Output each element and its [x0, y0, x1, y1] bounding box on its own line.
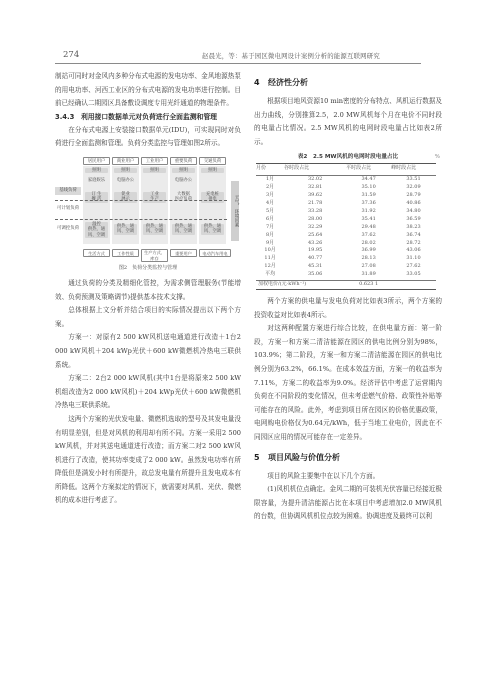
paragraph: 制站可同时对金风内多种分布式电源的发电功率、金风地源热泵的用电功率、河西工业区的… — [55, 70, 241, 111]
figure-bottom-label: 重要用户 — [170, 249, 197, 257]
section-heading-4: 4经济性分析 — [254, 76, 442, 90]
section-heading-3-4-3: 3.4.3利用接口数据单元对负荷进行全面监测和管理 — [55, 111, 241, 124]
cell: 5月 — [256, 208, 284, 216]
figure-row-label: 基线负荷 — [55, 187, 81, 195]
figure-bottom-label: 电动汽车用电 — [199, 249, 231, 257]
cell: 37.62 — [346, 232, 391, 240]
figure-divider — [55, 219, 227, 220]
cell: 21.78 — [284, 200, 346, 208]
section-number: 3.4.3 — [55, 111, 81, 124]
cell: 35.06 — [284, 271, 346, 280]
figure-side-label: 天气、环境因素 — [231, 181, 239, 241]
cell: 28.00 — [284, 216, 346, 224]
table-row-average: 平均35.0631.8933.05 — [256, 271, 436, 280]
weighted-price-label: 加权电价/(元·kWh⁻¹) — [256, 281, 346, 290]
figure-cell: 照明 — [172, 168, 195, 174]
table-row: 3月39.6231.5928.79 — [256, 192, 436, 200]
cell: 40.86 — [391, 200, 436, 208]
paragraph: 项目的风险主要集中在以下几个方面。 — [254, 470, 442, 484]
page-number: 274 — [63, 50, 79, 60]
table-row: 2月32.8135.1032.09 — [256, 184, 436, 192]
cell: 2月 — [256, 184, 284, 192]
cell: 37.36 — [346, 200, 391, 208]
table-row: 7月32.2929.4838.23 — [256, 224, 436, 232]
table-header-row: 月份 谷时段占比 平时段占比 峰时段占比 — [256, 164, 436, 176]
cell: 3月 — [256, 192, 284, 200]
cell: 32.29 — [284, 224, 346, 232]
cell: 32.02 — [284, 176, 346, 184]
cell: 28.13 — [346, 255, 391, 263]
table-row: 5月33.2831.9234.80 — [256, 208, 436, 216]
figure-column: 照明 充电桩 供电 供热、通 风、空调 — [199, 166, 226, 244]
figure-cell: 供热、通 风、空调 — [201, 224, 224, 235]
figure-top-label: 商业用户 — [112, 157, 139, 165]
cell: 31.59 — [346, 192, 391, 200]
figure-cell: 电脑办公 — [172, 178, 195, 184]
figure-cell: 供热、通 风、空调 — [114, 224, 137, 235]
paragraph: (1)风机机位点确定。金风二期的可装机光伏容量已经接近极限容量，为提升清洁能源占… — [254, 483, 442, 524]
cell: 28.79 — [391, 192, 436, 200]
section-title: 利用接口数据单元对负荷进行全面监测和管理 — [81, 113, 217, 121]
figure-bottom-label: 生产方式、库存 — [141, 249, 168, 262]
cell: 31.92 — [346, 208, 391, 216]
figure-bottom-label: 工作性质 — [112, 249, 139, 257]
cell — [391, 281, 436, 290]
column-header: 月份 — [256, 164, 284, 176]
cell: 36.59 — [391, 216, 436, 224]
paragraph: 根据项目地风资源10 min密度的分布特点、风机运行数据及出力曲线，分别推算2.… — [254, 95, 442, 149]
figure-top-label: 交通负荷 — [199, 157, 226, 165]
figure-caption: 图2 负荷分类监控与管理 — [55, 265, 241, 271]
figure-cell: 供热、通 风、空调 — [172, 224, 195, 235]
cell: 39.62 — [284, 192, 346, 200]
figure-cell: 促业 展示 — [114, 192, 137, 203]
table-row-weighted-price: 加权电价/(元·kWh⁻¹) 0.623 1 — [256, 281, 436, 290]
table-row: 9月43.2628.0228.72 — [256, 240, 436, 248]
figure-cell: 供热、通 风、空调 — [143, 224, 166, 235]
figure-column: 照明 工业 生产 供热、通 风、空调 — [141, 166, 168, 244]
cell: 29.48 — [346, 224, 391, 232]
section-title: 项目风险与价值分析 — [268, 453, 340, 462]
cell: 35.10 — [346, 184, 391, 192]
table-row: 12月45.3127.0827.62 — [256, 263, 436, 271]
cell: 45.31 — [284, 263, 346, 271]
section-heading-5: 5项目风险与价值分析 — [254, 451, 442, 465]
cell: 31.10 — [391, 255, 436, 263]
section-number: 5 — [254, 451, 268, 465]
figure-cell: 照明 — [201, 168, 224, 174]
figure-cell: 家庭娱乐 — [85, 178, 108, 184]
column-header: 平时段占比 — [346, 164, 391, 176]
paragraph: 两个方案的供电量与发电负荷对比如表3所示，两个方案的投资收益对比如表4所示。 — [254, 295, 442, 322]
right-column: 4经济性分析 根据项目地风资源10 min密度的分布特点、风机运行数据及出力曲线… — [254, 70, 442, 524]
cell: 33.28 — [284, 208, 346, 216]
cell: 6月 — [256, 216, 284, 224]
running-title: 赵晨光，等：基于园区微电网设计案例分析的能源互联网研究 — [202, 51, 380, 60]
figure-divider — [55, 200, 227, 201]
cell: 27.62 — [391, 263, 436, 271]
figure-column: 照明 电脑办公 大数据 医疗负荷 供热、通 风、空调 — [170, 166, 197, 244]
table-row: 11月40.7728.1331.10 — [256, 255, 436, 263]
figure-cell: 照明 — [143, 168, 166, 174]
cell: 36.99 — [346, 247, 391, 255]
figure-cell: 温控 供热、通 风、空调 — [85, 222, 108, 239]
cell: 35.41 — [346, 216, 391, 224]
paragraph: 方案一：对原有2 500 kW风机送电通道进行改造＋1台2 000 kW风机＋2… — [55, 331, 241, 372]
figure-cell: 订 生 餐 活 — [85, 192, 108, 203]
cell: 32.09 — [391, 184, 436, 192]
figure-top-label: 工业用户 — [141, 157, 168, 165]
figure-column: 照明 家庭娱乐 订 生 餐 活 温控 供热、通 风、空调 — [83, 166, 110, 244]
cell: 27.08 — [346, 263, 391, 271]
column-header: 峰时段占比 — [391, 164, 436, 176]
cell: 8月 — [256, 232, 284, 240]
table-row: 1月32.0234.4733.51 — [256, 176, 436, 184]
figure-row-label: 可计划负荷 — [55, 205, 81, 213]
table-2-wind-turbine-period-share: 月份 谷时段占比 平时段占比 峰时段占比 1月32.0234.4733.51 2… — [256, 163, 436, 290]
cell: 33.51 — [391, 176, 436, 184]
table-caption: 表2 2.5 MW风机的电网时段电量占比 — [298, 154, 398, 160]
paragraph: 总体根据上文分析并结合项目的实际情况提出以下两个方案。 — [55, 304, 241, 331]
paragraph: 通过负荷的分类及精细化管控，为需求侧管理服务(节能增效、负荷预测及策略调节)提供… — [55, 277, 241, 304]
figure-cell: 电脑办公 — [114, 178, 137, 184]
paragraph: 方案二：2台2 000 kW风机(其中1台是将原来2 500 kW机组改造为2 … — [55, 372, 241, 413]
table-row: 4月21.7837.3640.86 — [256, 200, 436, 208]
cell: 7月 — [256, 224, 284, 232]
cell: 28.72 — [391, 240, 436, 248]
paragraph: 对这两种配置方案进行综合比较，在供电量方面：第一阶段，方案一和方案二清洁能源在园… — [254, 322, 442, 444]
figure-cell: 照明 — [114, 168, 137, 174]
section-number: 4 — [254, 76, 268, 90]
cell: 19.95 — [284, 247, 346, 255]
weighted-price-value: 0.623 1 — [346, 281, 391, 290]
figure-cell: 工业 生产 — [143, 192, 166, 203]
table-unit: % — [435, 151, 440, 163]
cell: 36.74 — [391, 232, 436, 240]
figure-2-load-classification: 居民用户 商业用户 工业用户 重要负荷 交通负荷 基线负荷 可计划负荷 可调控负… — [55, 153, 241, 273]
cell: 43.06 — [391, 247, 436, 255]
cell: 43.26 — [284, 240, 346, 248]
figure-row-label: 可调控负荷 — [55, 225, 81, 233]
left-column: 制站可同时对金风内多种分布式电源的发电功率、金风地源热泵的用电功率、河西工业区的… — [55, 70, 241, 508]
cell: 31.89 — [346, 271, 391, 280]
cell: 34.47 — [346, 176, 391, 184]
table-row: 8月25.6437.6236.74 — [256, 232, 436, 240]
figure-top-label: 居民用户 — [83, 157, 110, 165]
page-header: 274 赵晨光，等：基于园区微电网设计案例分析的能源互联网研究 — [55, 49, 421, 64]
cell: 25.64 — [284, 232, 346, 240]
cell: 34.80 — [391, 208, 436, 216]
figure-bottom-label: 生活方式 — [83, 249, 110, 257]
section-title: 经济性分析 — [268, 78, 308, 87]
table-row: 6月28.0035.4136.59 — [256, 216, 436, 224]
figure-cell: 照明 — [85, 168, 108, 174]
cell: 平均 — [256, 271, 284, 280]
table-title: 表2 2.5 MW风机的电网时段电量占比 % — [254, 151, 442, 163]
figure-column: 照明 电脑办公 促业 展示 供热、通 风、空调 — [112, 166, 139, 244]
figure-top-label: 重要负荷 — [170, 157, 197, 165]
cell: 12月 — [256, 263, 284, 271]
cell: 38.23 — [391, 224, 436, 232]
figure-cell: 充电桩 供电 — [201, 192, 224, 203]
cell: 28.02 — [346, 240, 391, 248]
cell: 33.05 — [391, 271, 436, 280]
paragraph: 在分布式电源上安装接口数据单元(IDU)，可实现同时对负荷进行全面监测和管理。负… — [55, 124, 241, 151]
figure-cell: 大数据 医疗负荷 — [172, 192, 195, 203]
cell: 4月 — [256, 200, 284, 208]
cell: 32.81 — [284, 184, 346, 192]
paragraph: 这两个方案的光伏发电量、微燃机选取的型号及其发电量没有明显差别，但是对风机的利用… — [55, 413, 241, 508]
table-row: 10月19.9536.9943.06 — [256, 247, 436, 255]
cell: 1月 — [256, 176, 284, 184]
column-header: 谷时段占比 — [284, 164, 346, 176]
cell: 40.77 — [284, 255, 346, 263]
